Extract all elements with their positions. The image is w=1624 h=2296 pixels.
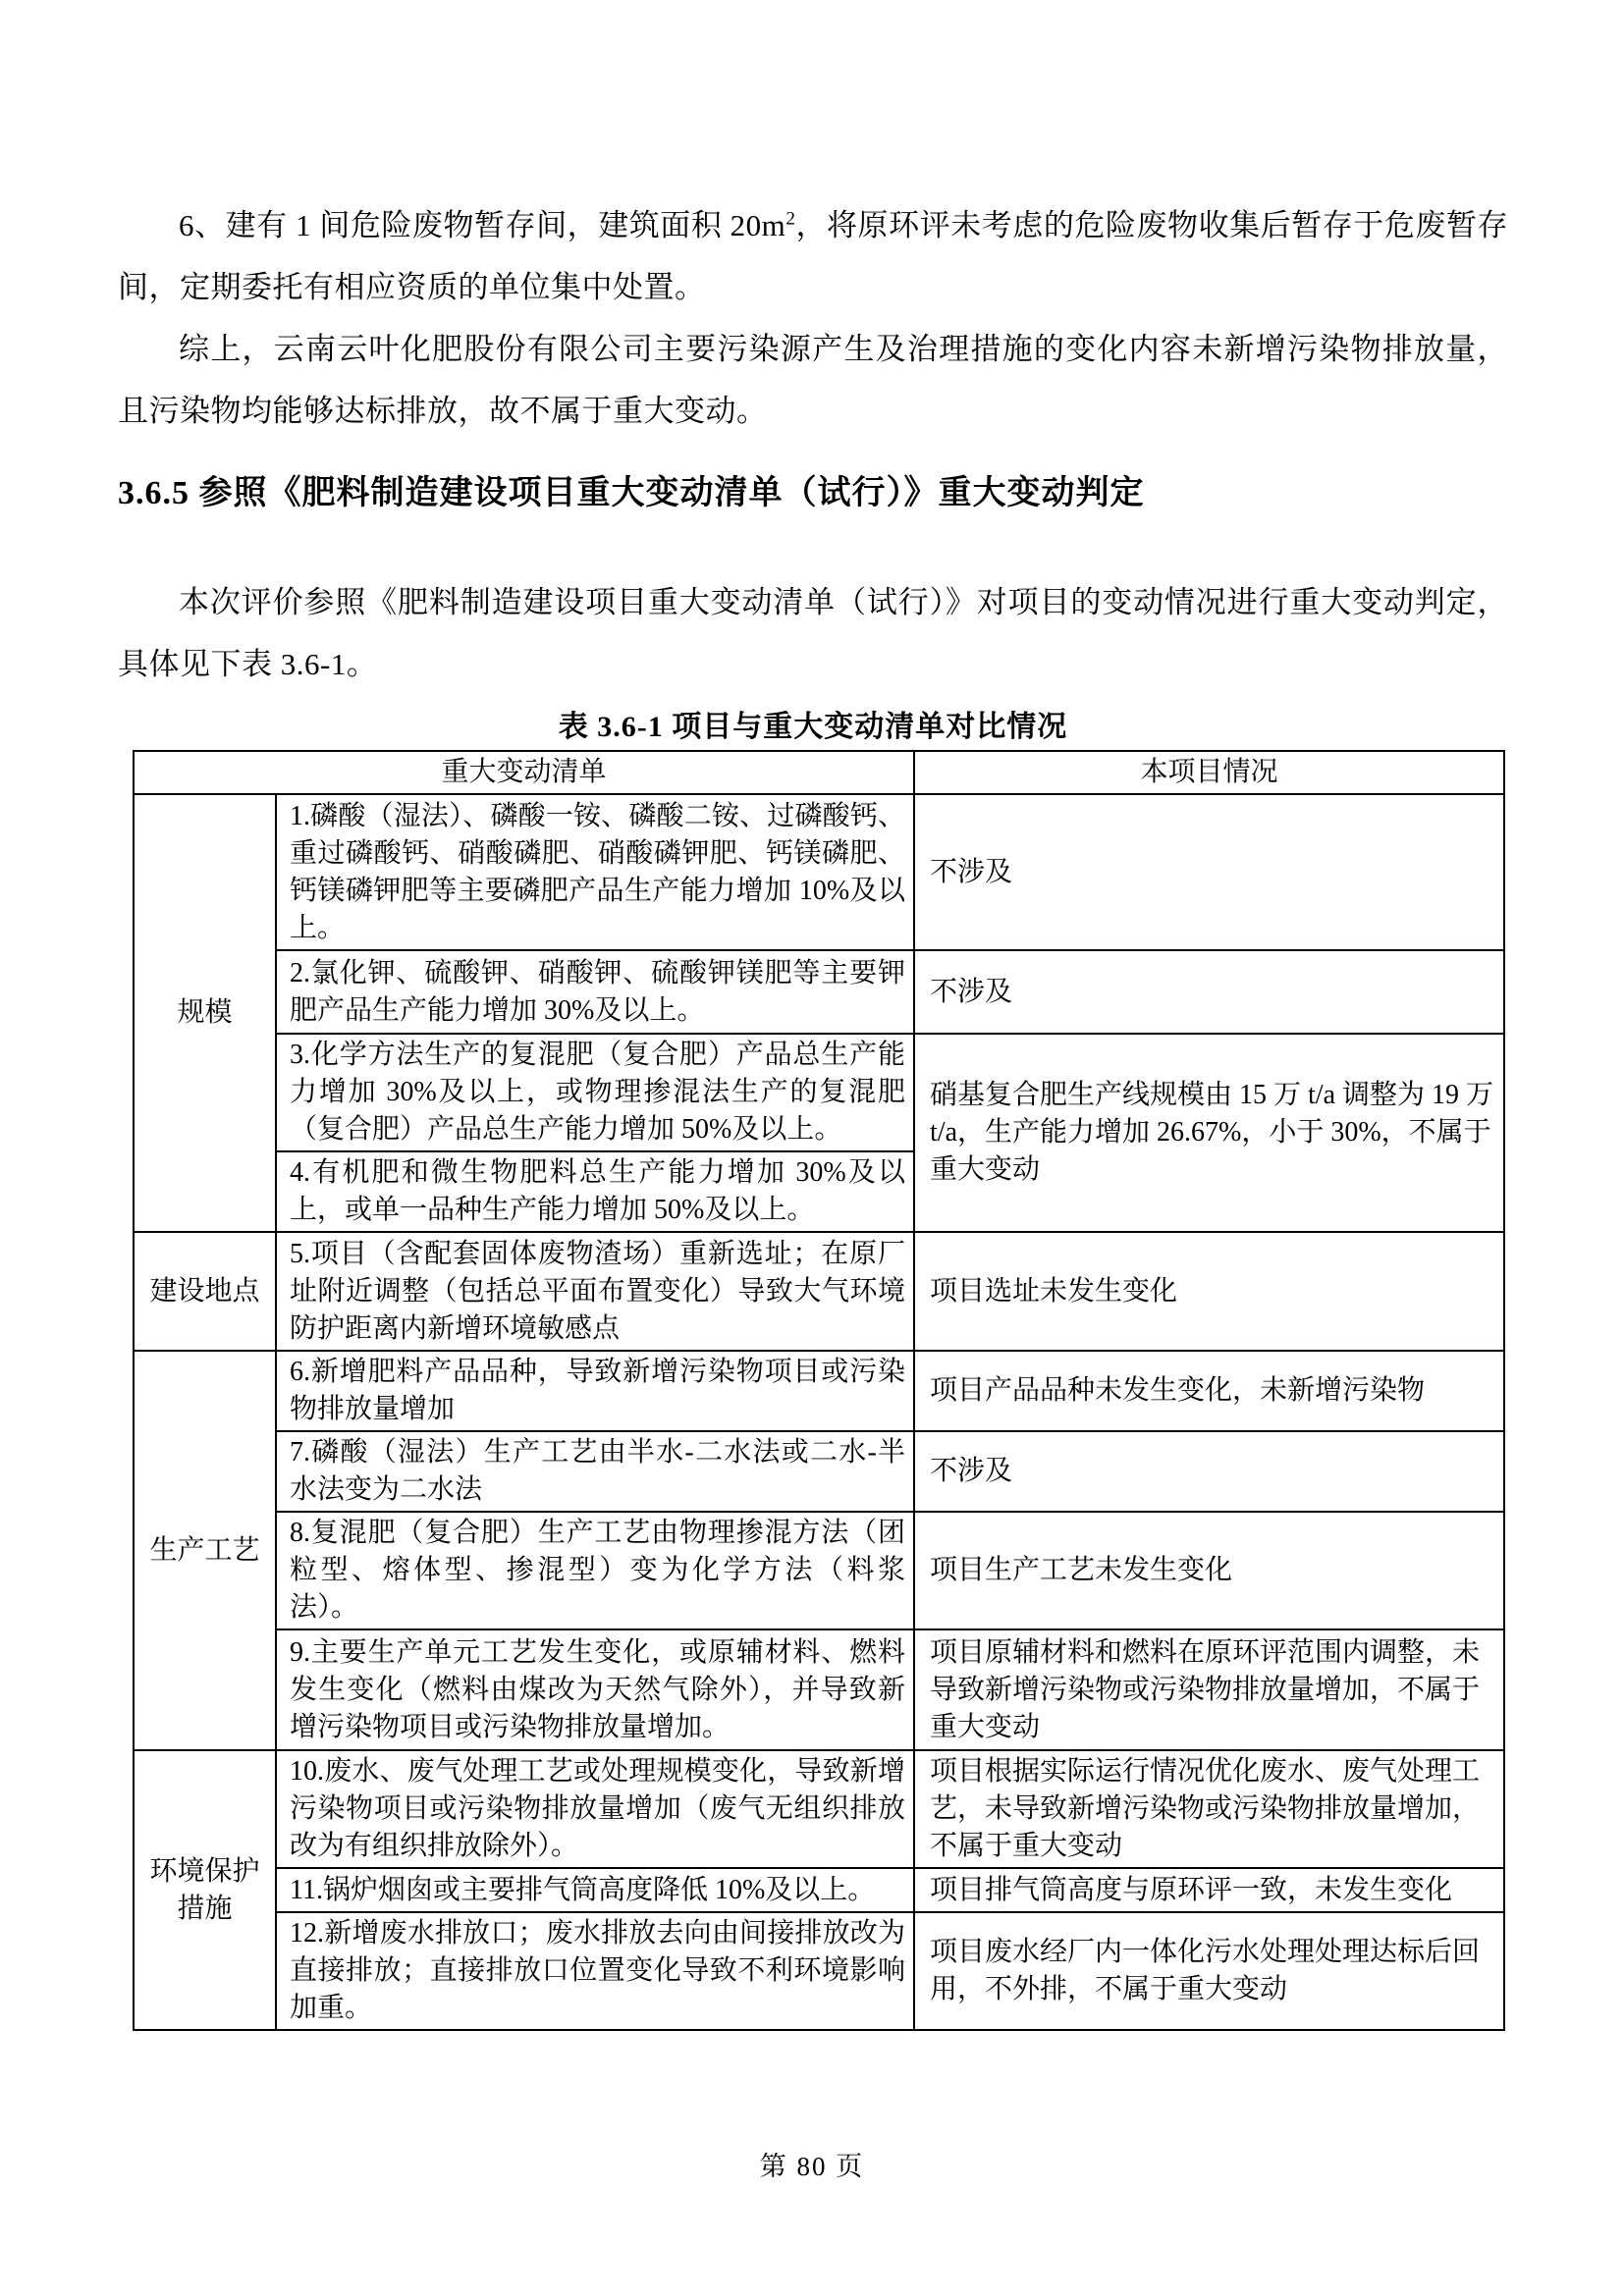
table-row: 7.磷酸（湿法）生产工艺由半水-二水法或二水-半水法变为二水法 不涉及 (134, 1431, 1504, 1512)
major-change-comparison-table: 重大变动清单 本项目情况 规模 1.磷酸（湿法）、磷酸一铵、磷酸二铵、过磷酸钙、… (133, 750, 1505, 2031)
project-cell: 不涉及 (914, 1431, 1504, 1512)
header-major-change-list: 重大变动清单 (134, 751, 914, 794)
category-cell-environment: 环境保护措施 (134, 1750, 276, 2030)
header-project-situation: 本项目情况 (914, 751, 1504, 794)
table-row: 规模 1.磷酸（湿法）、磷酸一铵、磷酸二铵、过磷酸钙、重过磷酸钙、硝酸磷肥、硝酸… (134, 794, 1504, 950)
project-cell: 项目排气筒高度与原环评一致，未发生变化 (914, 1868, 1504, 1912)
project-cell: 不涉及 (914, 794, 1504, 950)
criteria-cell: 6.新增肥料产品品种，导致新增污染物项目或污染物排放量增加 (276, 1351, 914, 1431)
paragraph-summary: 综上，云南云叶化肥股份有限公司主要污染源产生及治理措施的变化内容未新增污染物排放… (118, 318, 1508, 442)
table-row: 12.新增废水排放口；废水排放去向由间接排放改为直接排放；直接排放口位置变化导致… (134, 1912, 1504, 2030)
criteria-cell: 1.磷酸（湿法）、磷酸一铵、磷酸二铵、过磷酸钙、重过磷酸钙、硝酸磷肥、硝酸磷钾肥… (276, 794, 914, 950)
criteria-cell: 5.项目（含配套固体废物渣场）重新选址；在原厂址附近调整（包括总平面布置变化）导… (276, 1232, 914, 1351)
criteria-cell: 8.复混肥（复合肥）生产工艺由物理掺混方法（团粒型、熔体型、掺混型）变为化学方法… (276, 1512, 914, 1629)
page-number-footer: 第 80 页 (0, 2145, 1624, 2183)
table-row: 8.复混肥（复合肥）生产工艺由物理掺混方法（团粒型、熔体型、掺混型）变为化学方法… (134, 1512, 1504, 1629)
project-cell: 项目生产工艺未发生变化 (914, 1512, 1504, 1629)
table-header-row: 重大变动清单 本项目情况 (134, 751, 1504, 794)
project-cell: 硝基复合肥生产线规模由 15 万 t/a 调整为 19 万 t/a，生产能力增加… (914, 1034, 1504, 1232)
document-page: { "document": { "paragraphs": { "p1_pre"… (0, 0, 1624, 2296)
paragraph-intro-table: 本次评价参照《肥料制造建设项目重大变动清单（试行）》对项目的变动情况进行重大变动… (118, 571, 1508, 695)
category-cell-location: 建设地点 (134, 1232, 276, 1351)
criteria-cell: 2.氯化钾、硫酸钾、硝酸钾、硫酸钾镁肥等主要钾肥产品生产能力增加 30%及以上。 (276, 950, 914, 1034)
table-row: 2.氯化钾、硫酸钾、硝酸钾、硫酸钾镁肥等主要钾肥产品生产能力增加 30%及以上。… (134, 950, 1504, 1034)
category-cell-scale: 规模 (134, 794, 276, 1232)
table-row: 11.锅炉烟囱或主要排气筒高度降低 10%及以上。 项目排气筒高度与原环评一致，… (134, 1868, 1504, 1912)
criteria-cell: 12.新增废水排放口；废水排放去向由间接排放改为直接排放；直接排放口位置变化导致… (276, 1912, 914, 2030)
project-cell: 项目根据实际运行情况优化废水、废气处理工艺，未导致新增污染物或污染物排放量增加，… (914, 1750, 1504, 1868)
criteria-cell: 7.磷酸（湿法）生产工艺由半水-二水法或二水-半水法变为二水法 (276, 1431, 914, 1512)
criteria-cell: 3.化学方法生产的复混肥（复合肥）产品总生产能力增加 30%及以上，或物理掺混法… (276, 1034, 914, 1151)
project-cell: 项目原辅材料和燃料在原环评范围内调整，未导致新增污染物或污染物排放量增加，不属于… (914, 1629, 1504, 1750)
page-content: 6、建有 1 间危险废物暂存间，建筑面积 20m2，将原环评未考虑的危险废物收集… (0, 0, 1624, 2031)
project-cell: 项目选址未发生变化 (914, 1232, 1504, 1351)
table-row: 生产工艺 6.新增肥料产品品种，导致新增污染物项目或污染物排放量增加 项目产品品… (134, 1351, 1504, 1431)
project-cell: 不涉及 (914, 950, 1504, 1034)
project-cell: 项目产品品种未发生变化，未新增污染物 (914, 1351, 1504, 1431)
criteria-cell: 10.废水、废气处理工艺或处理规模变化，导致新增污染物项目或污染物排放量增加（废… (276, 1750, 914, 1868)
criteria-cell: 11.锅炉烟囱或主要排气筒高度降低 10%及以上。 (276, 1868, 914, 1912)
table-row: 3.化学方法生产的复混肥（复合肥）产品总生产能力增加 30%及以上，或物理掺混法… (134, 1034, 1504, 1151)
table-row: 9.主要生产单元工艺发生变化，或原辅材料、燃料发生变化（燃料由煤改为天然气除外）… (134, 1629, 1504, 1750)
section-heading-3-6-5: 3.6.5 参照《肥料制造建设项目重大变动清单（试行）》重大变动判定 (118, 467, 1508, 520)
category-cell-process: 生产工艺 (134, 1351, 276, 1750)
criteria-cell: 9.主要生产单元工艺发生变化，或原辅材料、燃料发生变化（燃料由煤改为天然气除外）… (276, 1629, 914, 1750)
superscript-2: 2 (785, 209, 795, 230)
table-row: 环境保护措施 10.废水、废气处理工艺或处理规模变化，导致新增污染物项目或污染物… (134, 1750, 1504, 1868)
paragraph-hazardous-waste: 6、建有 1 间危险废物暂存间，建筑面积 20m2，将原环评未考虑的危险废物收集… (118, 194, 1508, 318)
project-cell: 项目废水经厂内一体化污水处理处理达标后回用，不外排，不属于重大变动 (914, 1912, 1504, 2030)
criteria-cell: 4.有机肥和微生物肥料总生产能力增加 30%及以上，或单一品种生产能力增加 50… (276, 1151, 914, 1232)
table-caption: 表 3.6-1 项目与重大变动清单对比情况 (118, 707, 1508, 748)
table-row: 建设地点 5.项目（含配套固体废物渣场）重新选址；在原厂址附近调整（包括总平面布… (134, 1232, 1504, 1351)
paragraph-text: 6、建有 1 间危险废物暂存间，建筑面积 20m (179, 208, 785, 242)
